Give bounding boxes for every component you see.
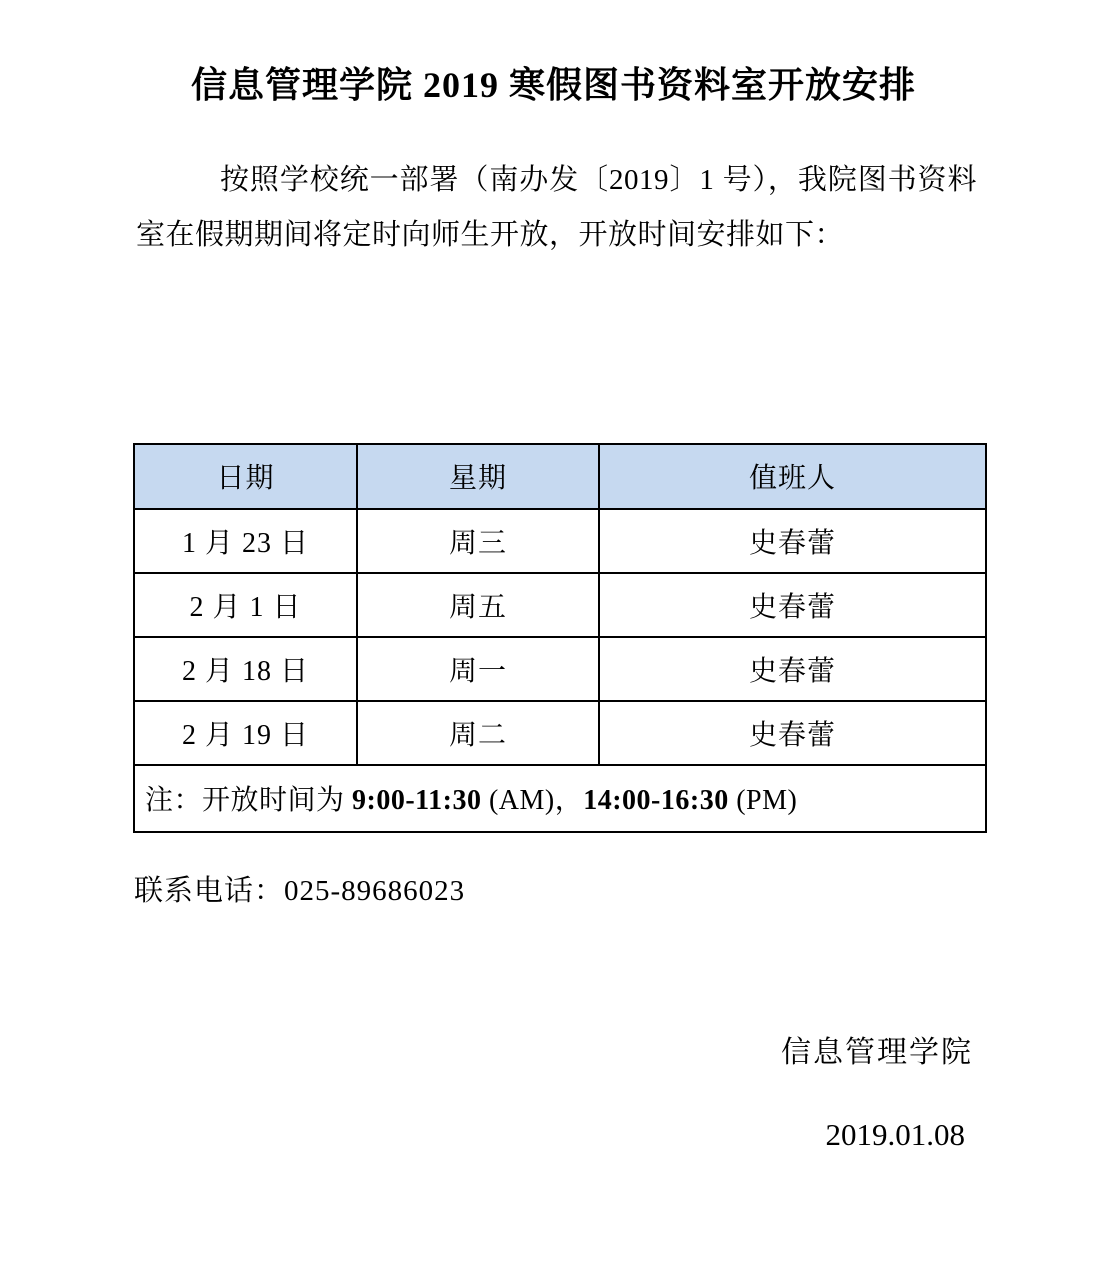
note-cell: 注：开放时间为 9:00-11:30 (AM)，14:00-16:30 (PM) <box>134 765 986 832</box>
note-am-label: (AM)， <box>481 785 583 816</box>
cell-weekday: 周一 <box>357 637 599 701</box>
cell-person: 史春蕾 <box>599 637 986 701</box>
schedule-table: 日期 星期 值班人 1 月 23 日 周三 史春蕾 2 月 1 日 周五 史春蕾… <box>133 443 987 833</box>
table-note-row: 注：开放时间为 9:00-11:30 (AM)，14:00-16:30 (PM) <box>134 765 986 832</box>
table-row: 2 月 18 日 周一 史春蕾 <box>134 637 986 701</box>
table-header-row: 日期 星期 值班人 <box>134 444 986 509</box>
signature-org: 信息管理学院 <box>0 1027 973 1071</box>
cell-weekday: 周五 <box>357 573 599 637</box>
cell-date: 2 月 1 日 <box>134 573 357 637</box>
document-page: 信息管理学院 2019 寒假图书资料室开放安排 按照学校统一部署（南办发〔201… <box>0 0 1107 1287</box>
contact-phone: 联系电话：025-89686023 <box>134 868 1107 909</box>
header-cell-date: 日期 <box>134 444 357 509</box>
table-row: 2 月 1 日 周五 史春蕾 <box>134 573 986 637</box>
cell-date: 2 月 18 日 <box>134 637 357 701</box>
cell-person: 史春蕾 <box>599 509 986 573</box>
cell-person: 史春蕾 <box>599 701 986 765</box>
signature-date: 2019.01.08 <box>0 1117 965 1153</box>
note-time-am: 9:00-11:30 <box>352 785 481 816</box>
table-row: 1 月 23 日 周三 史春蕾 <box>134 509 986 573</box>
note-time-pm: 14:00-16:30 <box>583 785 728 816</box>
cell-person: 史春蕾 <box>599 573 986 637</box>
note-pm-label: (PM) <box>729 785 798 816</box>
note-prefix: 注：开放时间为 <box>145 785 352 816</box>
cell-date: 1 月 23 日 <box>134 509 357 573</box>
cell-weekday: 周三 <box>357 509 599 573</box>
intro-paragraph: 按照学校统一部署（南办发〔2019〕1 号），我院图书资料室在假期期间将定时向师… <box>136 153 977 263</box>
header-cell-person: 值班人 <box>599 444 986 509</box>
cell-weekday: 周二 <box>357 701 599 765</box>
document-title: 信息管理学院 2019 寒假图书资料室开放安排 <box>0 0 1107 109</box>
header-cell-weekday: 星期 <box>357 444 599 509</box>
table-row: 2 月 19 日 周二 史春蕾 <box>134 701 986 765</box>
cell-date: 2 月 19 日 <box>134 701 357 765</box>
